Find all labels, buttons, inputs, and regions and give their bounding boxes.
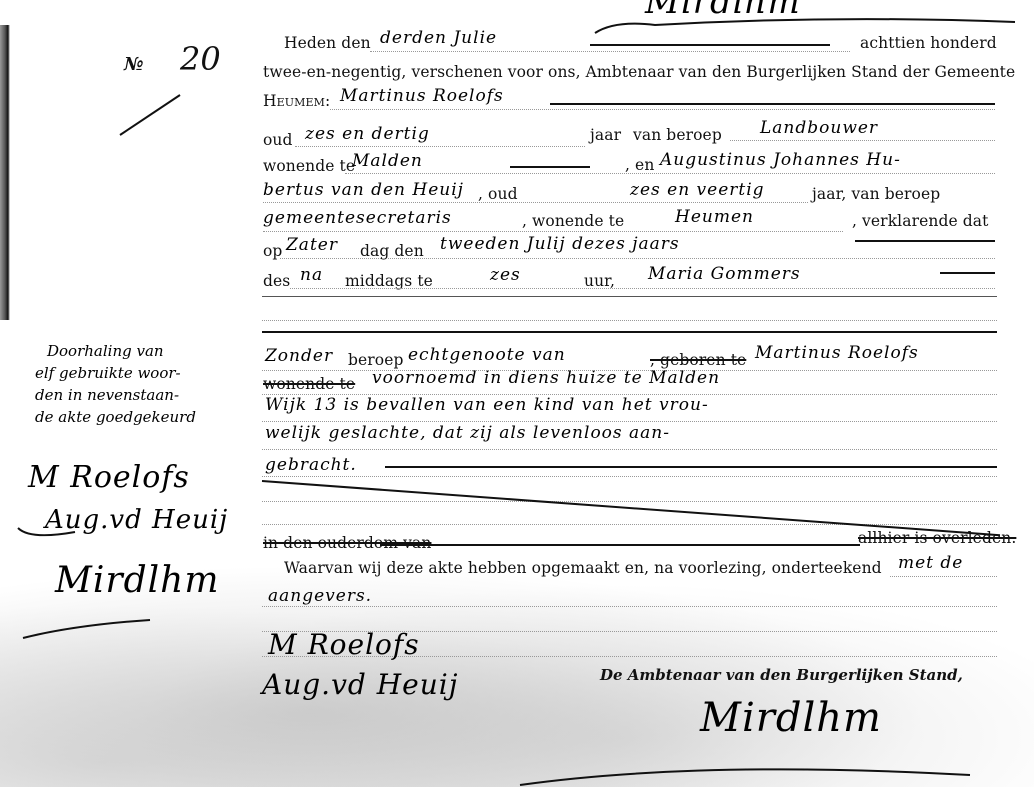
text-verklarende-dat: , verklarende dat <box>852 212 988 230</box>
hand-age-witness: zes en veertig <box>630 180 765 200</box>
text-wonende-te: , wonende te <box>522 212 624 230</box>
fill-line <box>510 166 590 168</box>
page-edge <box>0 25 10 320</box>
margin-signature-father: M Roelofs <box>28 460 190 495</box>
dotted-line <box>262 421 997 422</box>
hand-hour: zes <box>490 265 521 285</box>
hand-age-father: zes en dertig <box>305 124 430 144</box>
fill-line <box>380 544 860 546</box>
hand-date: derden Julie <box>380 28 497 48</box>
text-en: , en <box>625 156 654 174</box>
text-waarvan: Waarvan wij deze akte hebben opgemaakt e… <box>284 559 882 577</box>
record-slash <box>110 90 190 140</box>
text-beroep: beroep <box>348 351 404 369</box>
signature-father: M Roelofs <box>268 628 420 661</box>
struck-allhier-is-overleden: allhier is overleden. <box>858 529 1016 547</box>
fill-line <box>385 466 997 468</box>
hand-met-de: met de <box>898 553 963 573</box>
text-wonende-te: wonende te <box>263 157 355 175</box>
hand-occupation-witness: gemeentesecretaris <box>263 208 452 228</box>
hand-occupation-father: Landbouwer <box>760 118 878 138</box>
hand-mother-name: Maria Gommers <box>648 264 801 284</box>
official-title: De Ambtenaar van den Burgerlijken Stand, <box>600 666 963 684</box>
hand-birth-place: voornoemd in diens huize te Malden <box>372 368 720 388</box>
hand-witness-name-cont: bertus van den Heuij <box>263 180 464 200</box>
dotted-line <box>730 140 995 141</box>
dotted-line <box>262 320 997 321</box>
margin-note-line: de akte goedgekeurd <box>35 406 196 428</box>
hand-aangevers: aangevers. <box>268 586 372 606</box>
dotted-line <box>262 524 997 525</box>
civil-registry-record: Mirdlhm № 20 Heden den derden Julie acht… <box>0 0 1034 787</box>
text-van-beroep: van beroep <box>633 126 722 144</box>
hand-father-name: Martinus Roelofs <box>340 86 504 106</box>
dotted-line <box>262 476 997 477</box>
hand-event-date: tweeden Julij dezes jaars <box>440 234 680 254</box>
struck-geboren-te: , geboren te <box>650 351 746 369</box>
text-des: des <box>263 272 290 290</box>
dotted-line <box>295 146 585 147</box>
fill-line <box>855 240 995 242</box>
text-oud: , oud <box>478 185 518 203</box>
dotted-line <box>280 258 995 259</box>
hand-time-of-day: na <box>300 265 323 285</box>
dotted-line <box>262 449 997 450</box>
dotted-line <box>263 202 808 203</box>
dotted-line <box>330 109 995 110</box>
struck-in-den-ouderdom-van: in den ouderdom van <box>263 534 431 552</box>
struck-wonende-te: wonende te <box>263 375 355 393</box>
hand-witness-name: Augustinus Johannes Hu- <box>660 150 901 170</box>
signature-witness: Aug.vd Heuij <box>262 668 458 701</box>
hand-mother-occupation: Zonder <box>265 346 333 366</box>
text-heumem: Heumem: <box>263 92 330 110</box>
hand-spouse-relation: echtgenoote van <box>408 345 566 365</box>
text-verschenen: twee-en-negentig, verschenen voor ons, A… <box>263 63 1015 81</box>
text-achttien-honderd: achttien honderd <box>860 34 997 52</box>
hand-weekday: Zater <box>286 235 338 255</box>
margin-note-line: den in nevenstaan- <box>35 384 196 406</box>
hand-spouse-name: Martinus Roelofs <box>755 343 919 363</box>
margin-flourishes <box>15 520 265 650</box>
hand-residence-witness: Heumen <box>675 207 754 227</box>
dotted-line <box>345 173 995 174</box>
dotted-line <box>370 51 850 52</box>
dotted-line <box>262 501 997 502</box>
margin-note-line: elf gebruikte woor- <box>35 362 196 384</box>
text-jaar: jaar <box>590 126 621 144</box>
cancel-diagonal-line <box>262 480 1000 536</box>
hand-residence-father: Malden <box>352 151 423 171</box>
fill-line <box>262 331 997 333</box>
text-oud: oud <box>263 131 293 149</box>
text-jaar-van-beroep: jaar, van beroep <box>812 185 940 203</box>
hand-text-line: gebracht. <box>265 455 357 475</box>
fill-line <box>550 103 995 105</box>
text-heden-den: Heden den <box>284 34 371 52</box>
dotted-line <box>890 576 997 577</box>
official-signature: Mirdlhm <box>700 695 882 741</box>
margin-note: Doorhaling van elf gebruikte woor- den i… <box>35 340 196 428</box>
record-number: 20 <box>180 40 221 78</box>
hand-text-line: welijk geslachte, dat zij als levenloos … <box>265 423 670 443</box>
fill-line <box>262 296 997 297</box>
fill-line <box>940 272 995 274</box>
dotted-line <box>290 288 995 289</box>
dotted-line <box>262 606 997 607</box>
dotted-line <box>263 231 843 232</box>
margin-note-line: Doorhaling van <box>47 340 196 362</box>
record-number-label: № <box>124 54 144 75</box>
fill-line <box>590 44 830 46</box>
official-flourish <box>500 755 1000 787</box>
hand-text-line: Wijk 13 is bevallen van een kind van het… <box>265 395 709 415</box>
